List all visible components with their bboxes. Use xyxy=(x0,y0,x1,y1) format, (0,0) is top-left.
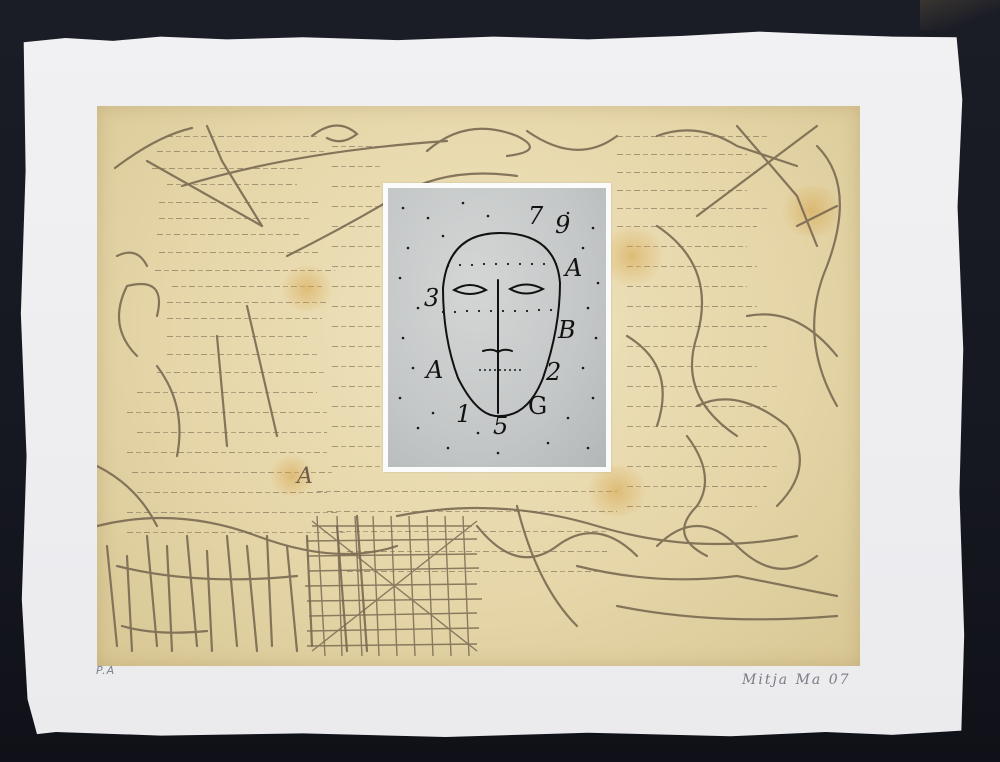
numeral-3: 3 xyxy=(424,286,439,310)
dotted-guide-lines xyxy=(442,263,557,371)
crosshatch-block xyxy=(305,516,482,656)
letter-a-left: A xyxy=(426,358,443,382)
plate-letter: A xyxy=(297,466,313,488)
numeral-9: 9 xyxy=(555,213,570,237)
numeral-2: 2 xyxy=(546,360,561,384)
artist-signature: Mitja Ma 07 xyxy=(742,672,851,688)
numeral-5: 5 xyxy=(493,414,508,438)
face-drawing-panel: 7 9 A B 2 G 3 A 1 5 xyxy=(383,183,611,472)
numeral-1: 1 xyxy=(456,402,471,426)
backdrop-corner-shadow xyxy=(920,0,1000,30)
edition-mark: P.A xyxy=(96,664,115,677)
face-drawing: 7 9 A B 2 G 3 A 1 5 xyxy=(388,188,606,467)
numeral-7: 7 xyxy=(528,204,543,228)
letter-b: B xyxy=(558,318,576,342)
letter-g: G xyxy=(528,394,547,418)
letter-a-right: A xyxy=(565,256,582,280)
